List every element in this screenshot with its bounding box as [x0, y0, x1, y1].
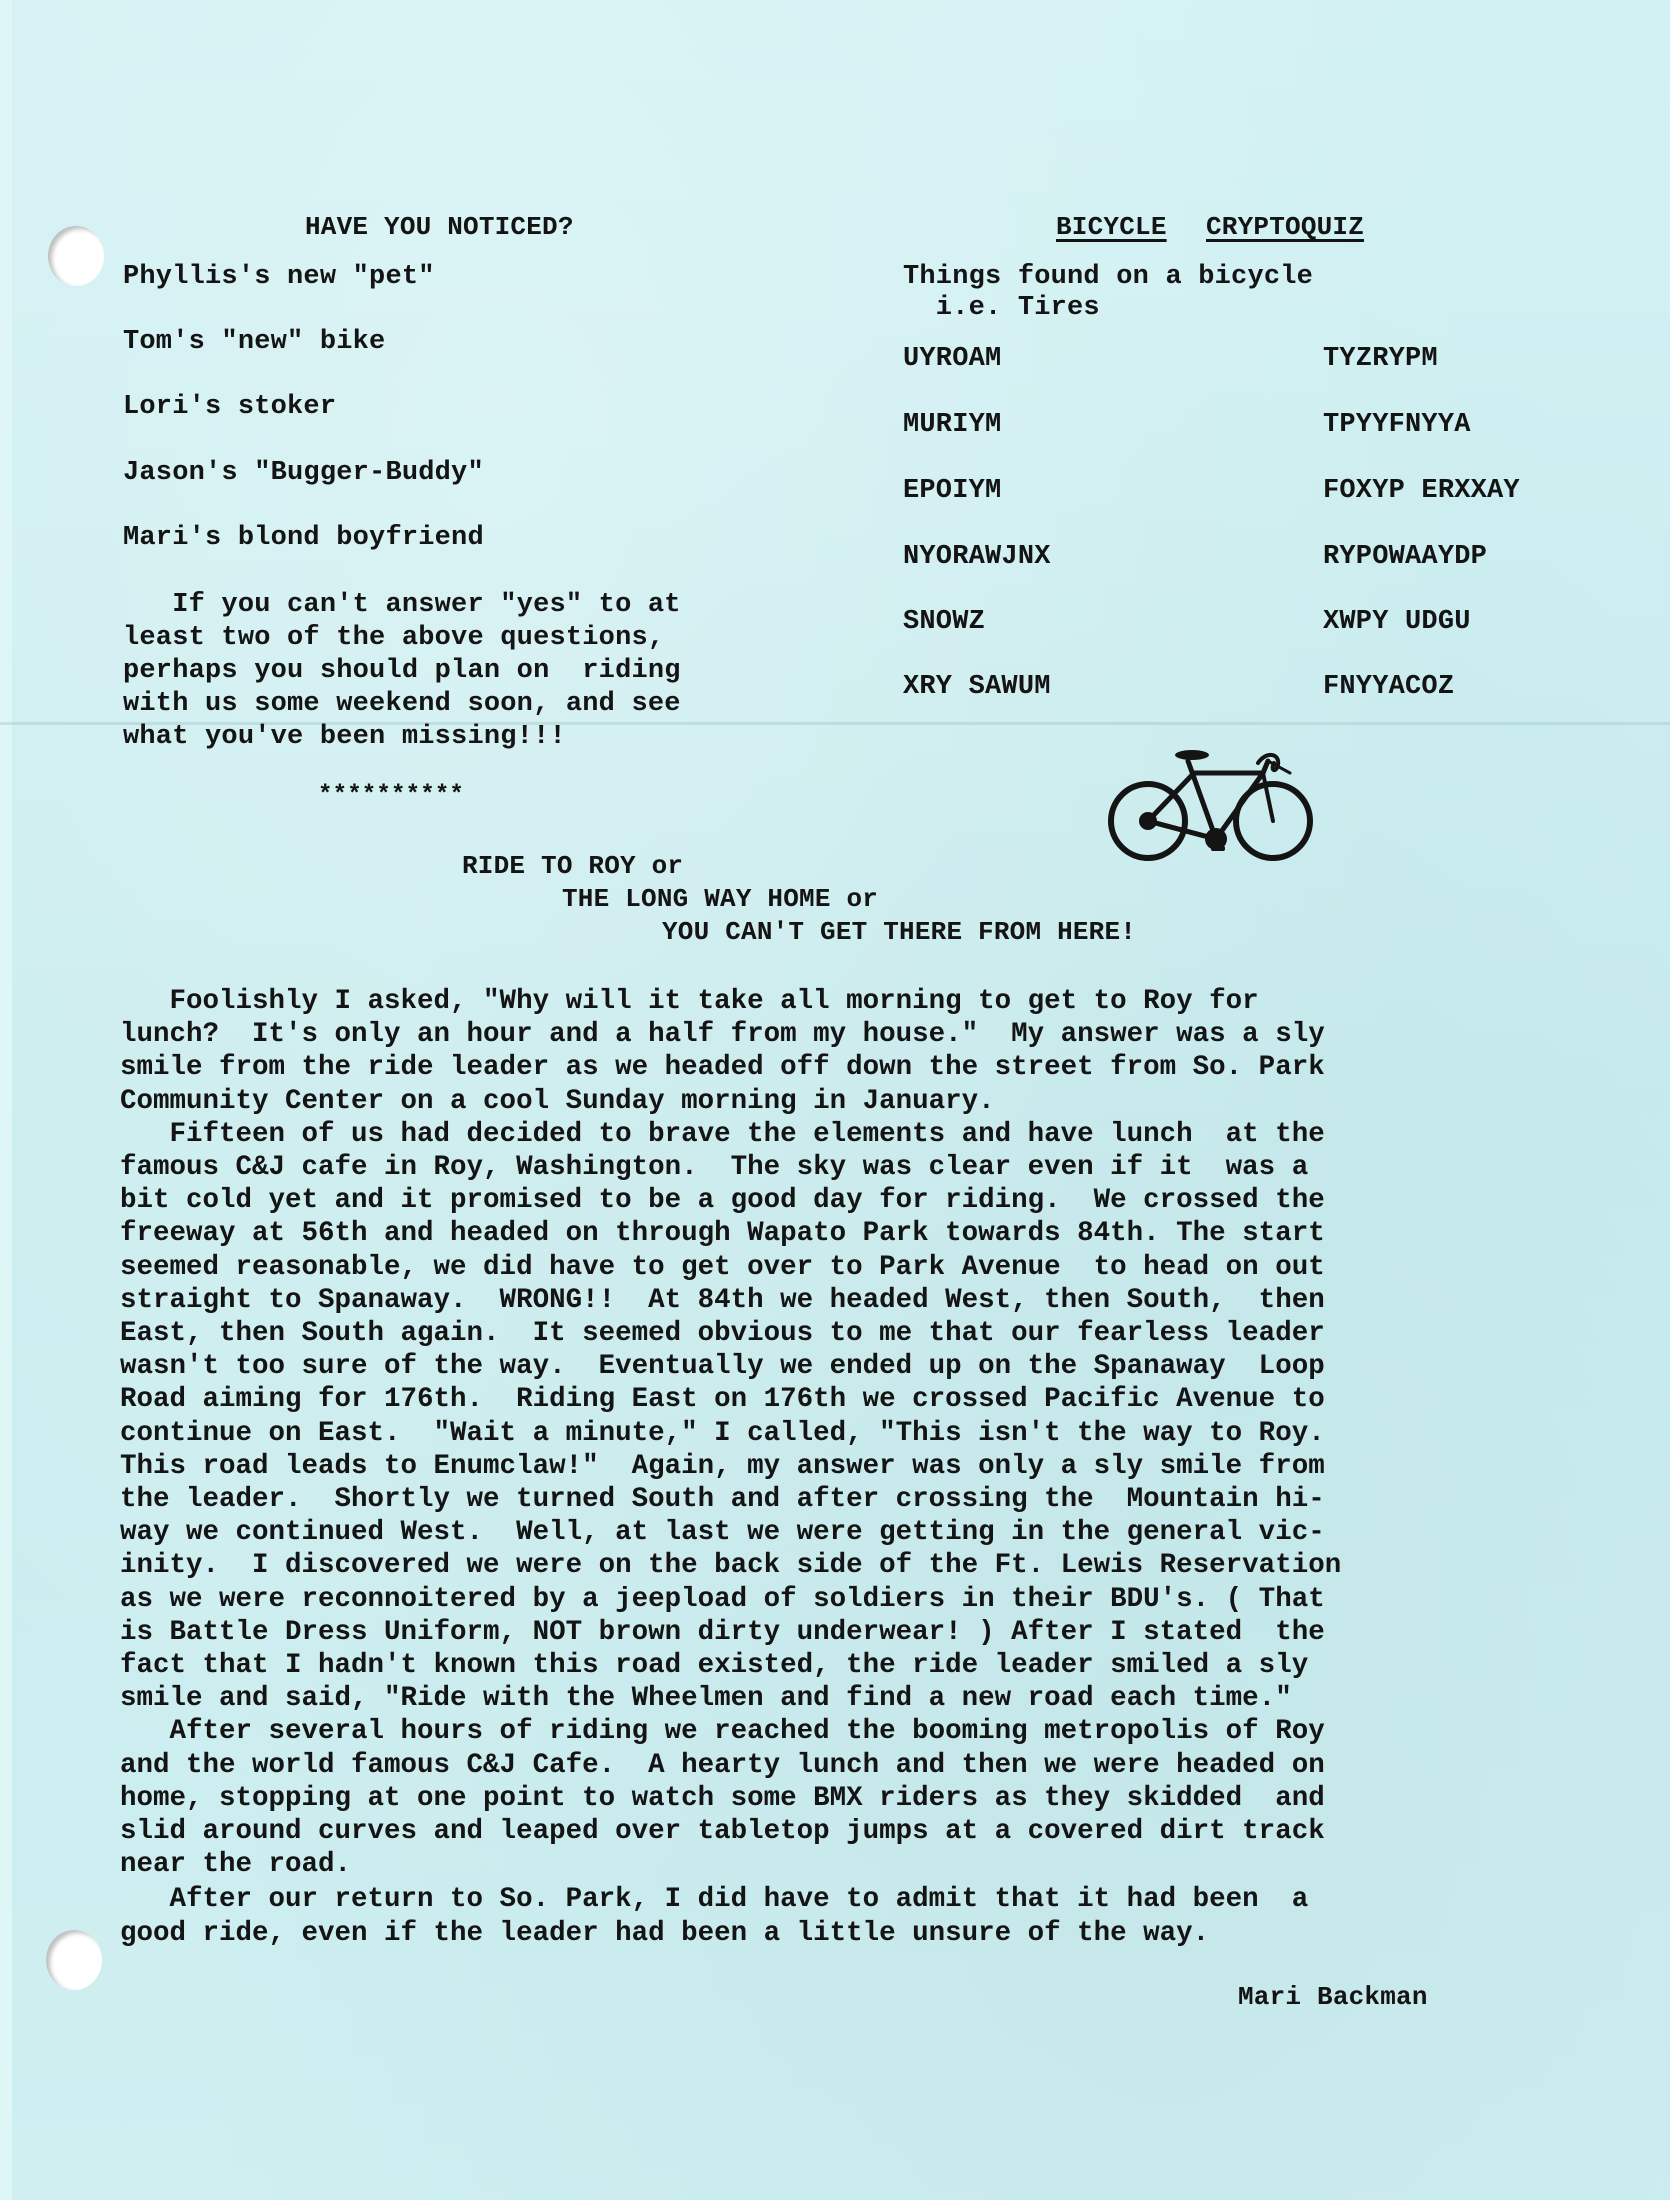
cryptoquiz-example: i.e. Tires — [903, 293, 1100, 323]
article-body: Foolishly I asked, "Why will it take all… — [120, 985, 1600, 1950]
article-body-line: is Battle Dress Uniform, NOT brown dirty… — [120, 1616, 1600, 1649]
article-body-line: good ride, even if the leader had been a… — [120, 1917, 1600, 1950]
article-body-line: seemed reasonable, we did have to get ov… — [120, 1251, 1600, 1284]
article-body-line: near the road. — [120, 1848, 1600, 1881]
article-body-line: freeway at 56th and headed on through Wa… — [120, 1217, 1600, 1250]
article-title-line3: YOU CAN'T GET THERE FROM HERE! — [662, 917, 1136, 947]
article-body-line: as we were reconnoitered by a jeepload o… — [120, 1583, 1600, 1616]
noticed-item: Jason's "Bugger-Buddy" — [123, 458, 484, 488]
noticed-item: Lori's stoker — [123, 392, 336, 422]
article-body-line: Road aiming for 176th. Riding East on 17… — [120, 1383, 1600, 1416]
article-body-line: wasn't too sure of the way. Eventually w… — [120, 1350, 1600, 1383]
cryptoquiz-puzzle-right: FOXYP ERXXAY — [1323, 476, 1520, 506]
article-body-line: continue on East. "Wait a minute," I cal… — [120, 1417, 1600, 1450]
article-body-line: famous C&J cafe in Roy, Washington. The … — [120, 1151, 1600, 1184]
noticed-paragraph-line: least two of the above questions, — [123, 623, 664, 653]
bicycle-icon — [1098, 733, 1318, 863]
noticed-paragraph-line: If you can't answer "yes" to at — [123, 590, 681, 620]
article-body-line: After several hours of riding we reached… — [120, 1715, 1600, 1748]
article-body-line: Community Center on a cool Sunday mornin… — [120, 1085, 1600, 1118]
paper-edge — [0, 0, 12, 2200]
article-title-line2: THE LONG WAY HOME or — [562, 884, 878, 914]
article-body-line: straight to Spanaway. WRONG!! At 84th we… — [120, 1284, 1600, 1317]
cryptoquiz-puzzle-left: UYROAM — [903, 344, 1001, 374]
article-body-line: After our return to So. Park, I did have… — [120, 1883, 1600, 1916]
cryptoquiz-puzzle-left: SNOWZ — [903, 607, 985, 637]
article-body-line: and the world famous C&J Cafe. A hearty … — [120, 1749, 1600, 1782]
article-body-line: fact that I hadn't known this road exist… — [120, 1649, 1600, 1682]
have-you-noticed-title: HAVE YOU NOTICED? — [305, 212, 574, 242]
cryptoquiz-puzzle-right: XWPY UDGU — [1323, 607, 1471, 637]
article-body-line: Fifteen of us had decided to brave the e… — [120, 1118, 1600, 1151]
article-body-line: bit cold yet and it promised to be a goo… — [120, 1184, 1600, 1217]
punch-hole-bottom — [46, 1930, 102, 1990]
noticed-item: Tom's "new" bike — [123, 327, 385, 357]
article-body-line: the leader. Shortly we turned South and … — [120, 1483, 1600, 1516]
noticed-paragraph-line: what you've been missing!!! — [123, 722, 566, 752]
article-body-line: smile and said, "Ride with the Wheelmen … — [120, 1682, 1600, 1715]
noticed-item: Mari's blond boyfriend — [123, 523, 484, 553]
cryptoquiz-puzzle-left: MURIYM — [903, 410, 1001, 440]
cryptoquiz-puzzle-right: RYPOWAAYDP — [1323, 542, 1487, 572]
noticed-item: Phyllis's new "pet" — [123, 262, 435, 292]
article-author: Mari Backman — [1238, 1982, 1428, 2012]
cryptoquiz-subtitle: Things found on a bicycle — [903, 262, 1313, 292]
article-body-line: slid around curves and leaped over table… — [120, 1815, 1600, 1848]
cryptoquiz-puzzle-left: XRY SAWUM — [903, 672, 1051, 702]
noticed-paragraph-line: with us some weekend soon, and see — [123, 689, 681, 719]
article-body-line: lunch? It's only an hour and a half from… — [120, 1018, 1600, 1051]
article-title-line1: RIDE TO ROY or — [462, 851, 683, 881]
article-body-line: inity. I discovered we were on the back … — [120, 1549, 1600, 1582]
cryptoquiz-puzzle-right: TPYYFNYYA — [1323, 410, 1471, 440]
cryptoquiz-puzzle-left: EPOIYM — [903, 476, 1001, 506]
article-body-line: home, stopping at one point to watch som… — [120, 1782, 1600, 1815]
article-body-line: way we continued West. Well, at last we … — [120, 1516, 1600, 1549]
article-body-line: Foolishly I asked, "Why will it take all… — [120, 985, 1600, 1018]
article-body-line: East, then South again. It seemed obviou… — [120, 1317, 1600, 1350]
article-body-line: smile from the ride leader as we headed … — [120, 1051, 1600, 1084]
punch-hole-top — [48, 226, 104, 286]
cryptoquiz-title-word1: BICYCLE — [1056, 212, 1167, 242]
cryptoquiz-puzzle-right: FNYYACOZ — [1323, 672, 1454, 702]
cryptoquiz-puzzle-left: NYORAWJNX — [903, 542, 1051, 572]
cryptoquiz-puzzle-right: TYZRYPM — [1323, 344, 1438, 374]
section-separator: ********** — [318, 782, 464, 809]
noticed-paragraph-line: perhaps you should plan on riding — [123, 656, 681, 686]
cryptoquiz-title-word2: CRYPTOQUIZ — [1206, 212, 1364, 242]
article-body-line: This road leads to Enumclaw!" Again, my … — [120, 1450, 1600, 1483]
